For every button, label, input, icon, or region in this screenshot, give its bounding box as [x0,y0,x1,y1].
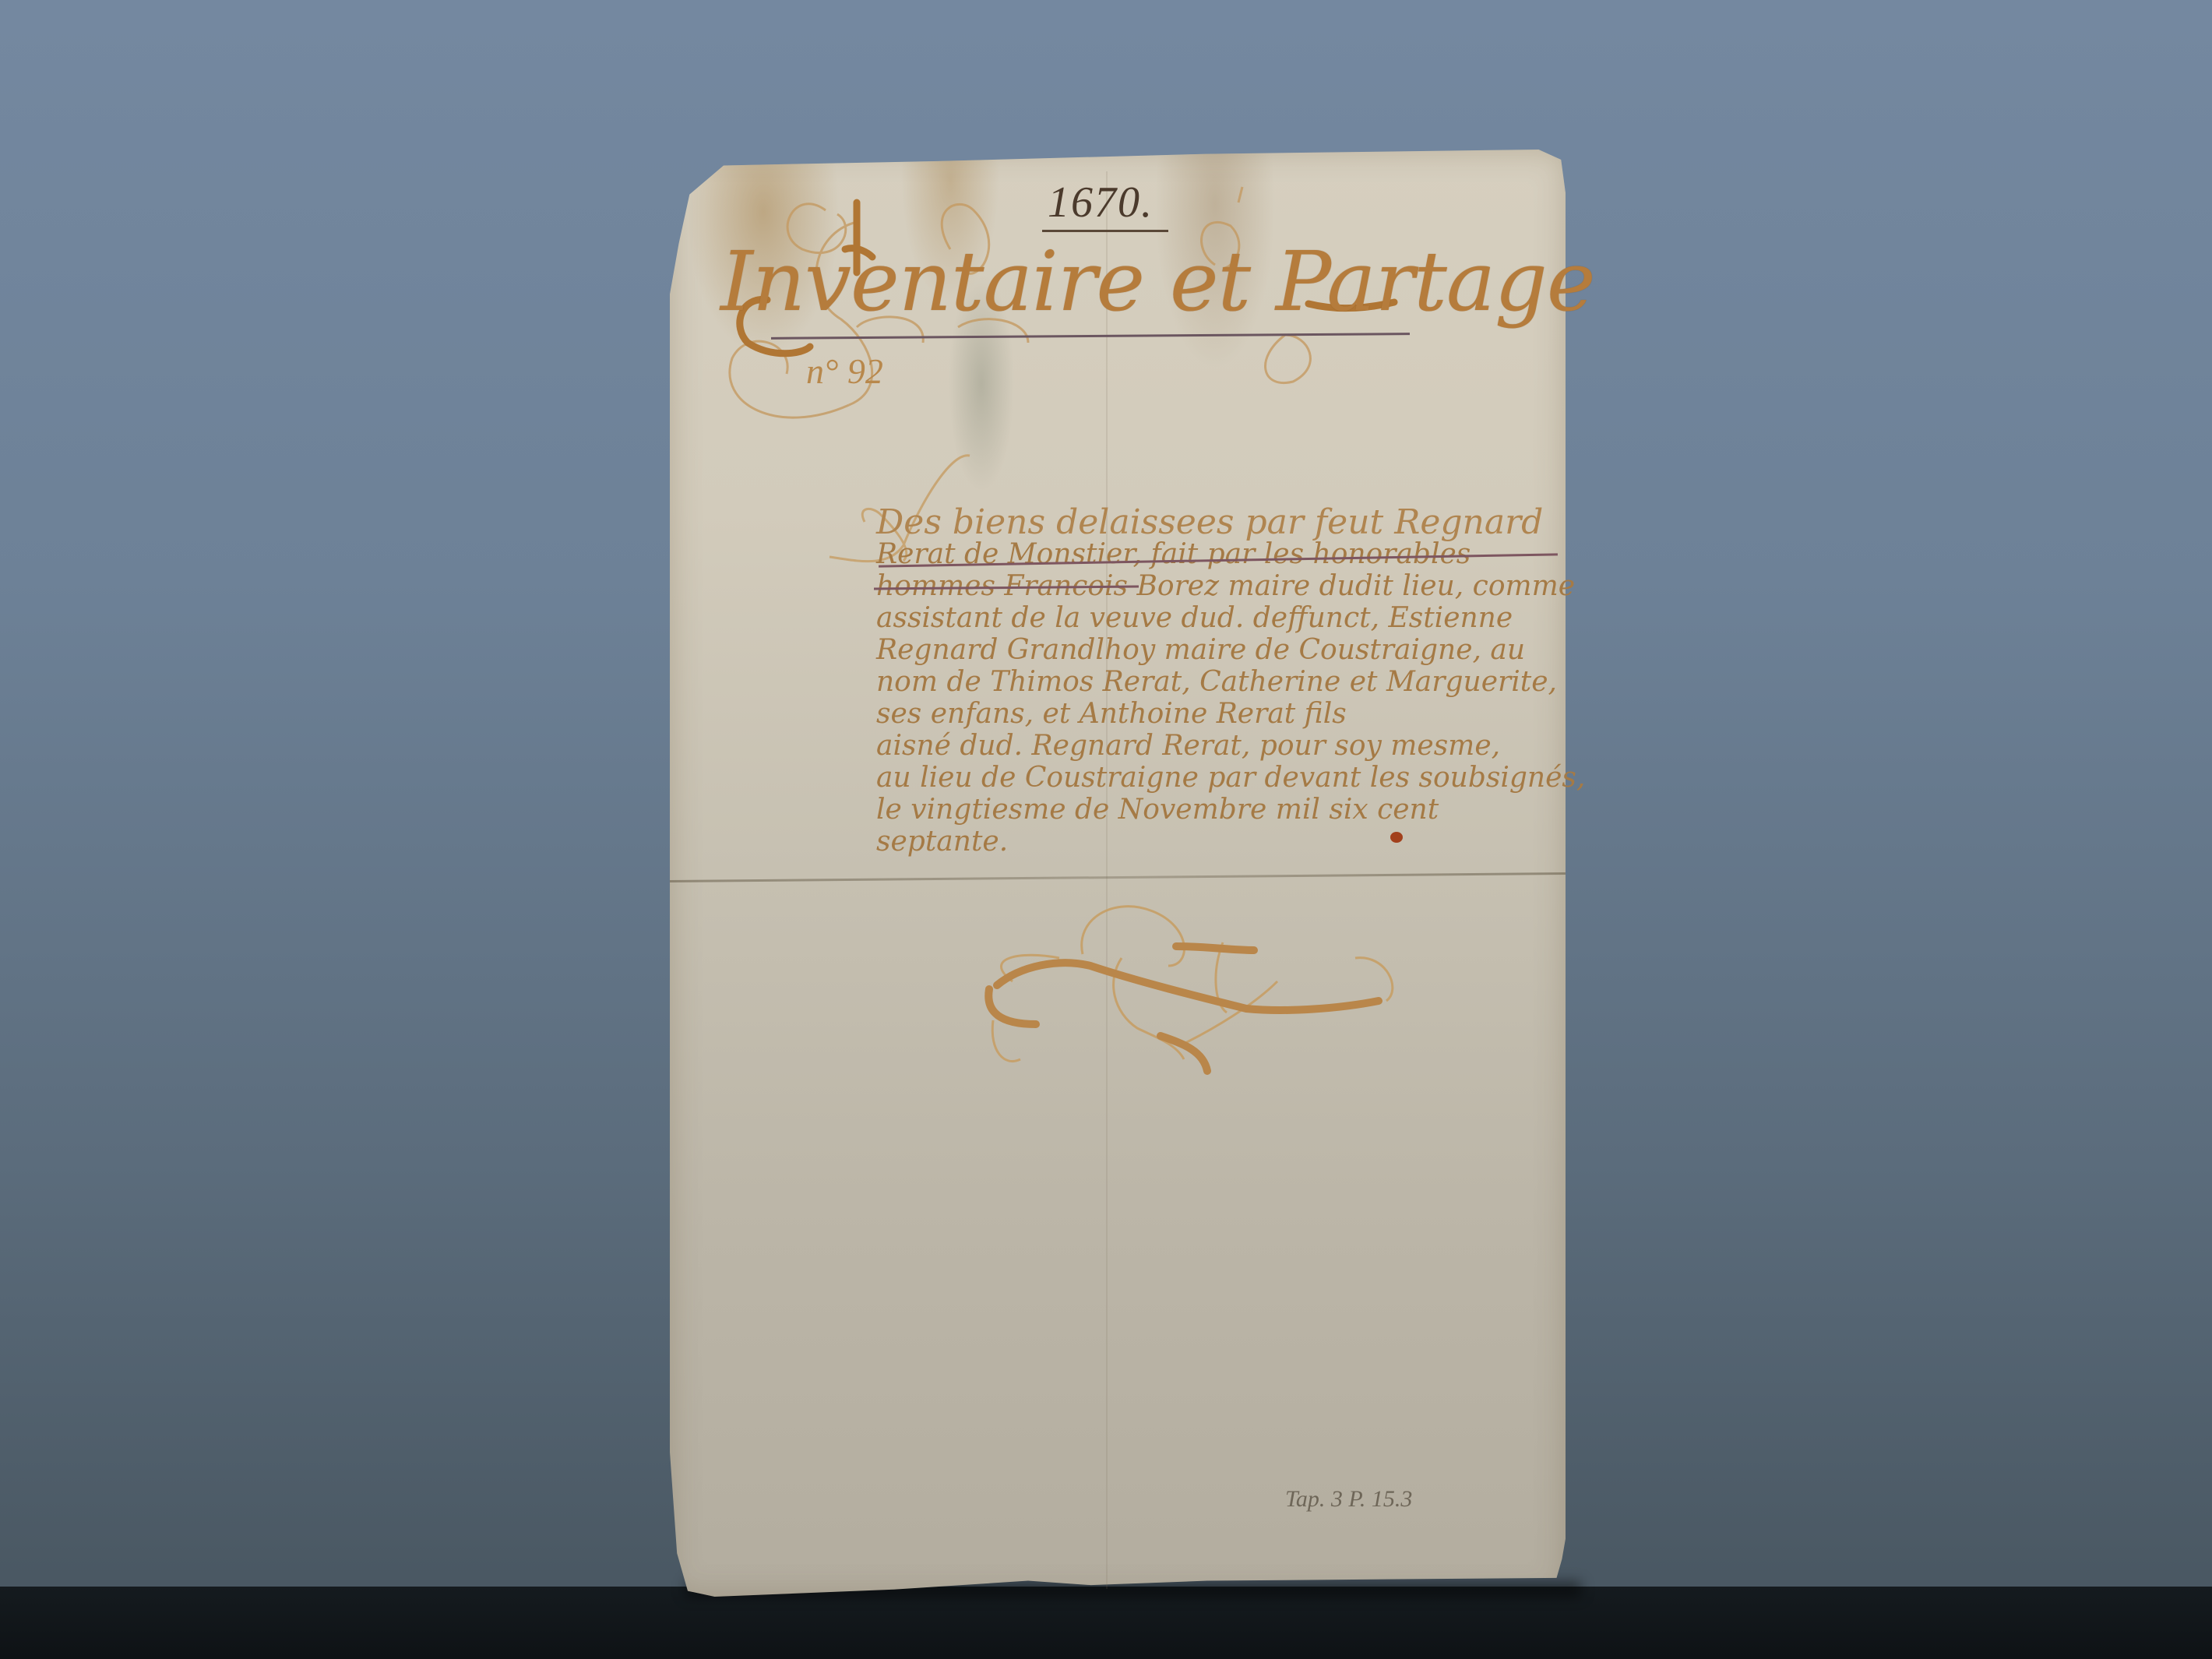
body-line: nom de Thimos Rerat, Catherine et Margue… [876,666,1554,698]
document-number: n° 92 [806,350,883,392]
body-line: septante. [876,826,1554,858]
body-line: Regnard Grandlhoy maire de Coustraigne, … [876,634,1554,666]
body-line: aisné dud. Regnard Rerat, pour soy mesme… [876,730,1554,762]
vertical-fold-crease [1106,171,1108,1589]
archive-reference-note: Tap. 3 P. 15.3 [1285,1486,1412,1513]
body-line: le vingtiesme de Novembre mil six cent [876,794,1554,826]
year-underline [1042,230,1168,232]
body-line: Des biens delaissees par feut Regnard [876,506,1554,538]
red-wax-stain [1390,832,1403,843]
body-line: au lieu de Coustraigne par devant les so… [876,762,1554,794]
body-line: assistant de la veuve dud. deffunct, Est… [876,602,1554,634]
body-line: ses enfans, et Anthoine Rerat fils [876,698,1554,730]
document-title: Inventaire et Partage [720,234,1595,329]
document-year: 1670. [1048,178,1154,227]
display-shelf [0,1587,2212,1659]
